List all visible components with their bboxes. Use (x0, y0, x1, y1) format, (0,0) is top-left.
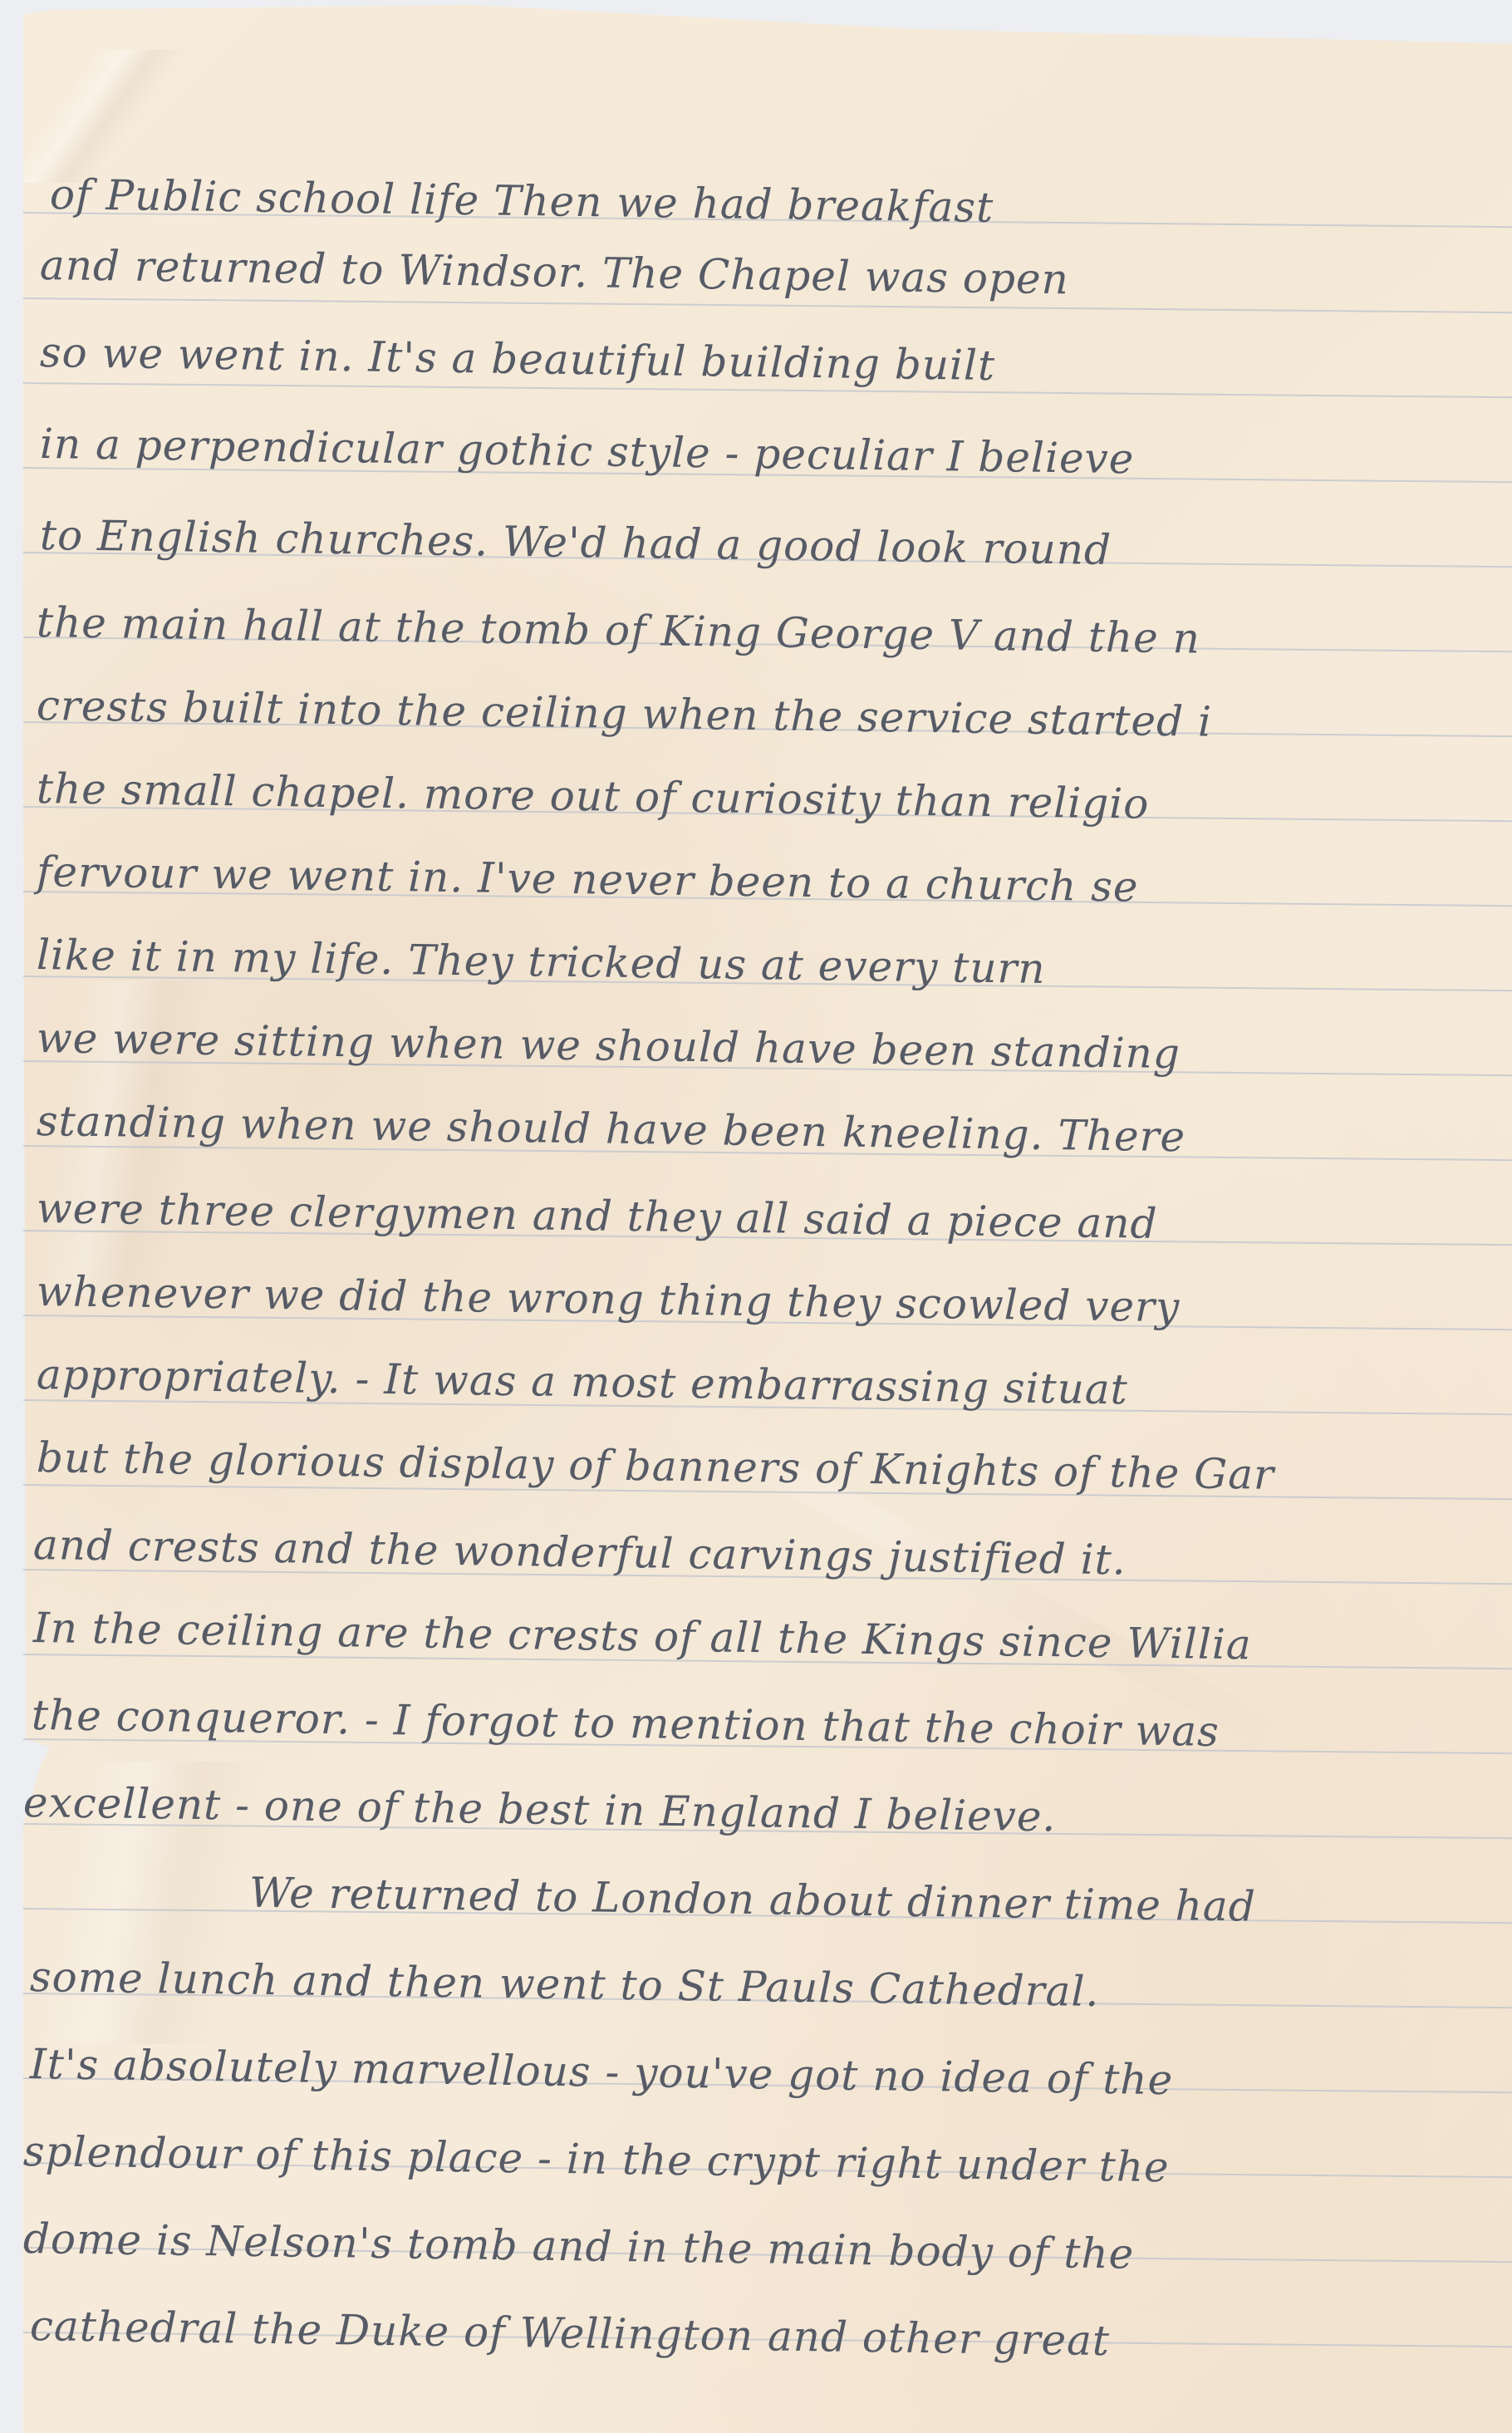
text-line: standing when we should have been kneeli… (37, 1097, 1186, 1161)
text-line: and crests and the wonderful carvings ju… (33, 1521, 1127, 1584)
text-line: so we went in. It's a beautiful building… (40, 328, 996, 390)
text-line: in a perpendicular gothic style - peculi… (40, 420, 1135, 483)
text-line: cathedral the Duke of Wellington and oth… (30, 2302, 1111, 2365)
text-line: the main hall at the tomb of King George… (37, 598, 1201, 663)
text-line: It's absolutely marvellous - you've got … (30, 2040, 1174, 2104)
text-line: were three clergymen and they all said a… (37, 1184, 1158, 1248)
text-line: splendour of this place - in the crypt r… (23, 2127, 1170, 2191)
text-line: we were sitting when we should have been… (37, 1014, 1181, 1078)
scanned-letter-page: of Public school life Then we had breakf… (0, 0, 1512, 2433)
text-line: dome is Nelson's tomb and in the main bo… (23, 2214, 1135, 2278)
text-line: fervour we went in. I've never been to a… (37, 848, 1139, 912)
text-line: but the glorious display of banners of K… (37, 1433, 1275, 1499)
text-line: some lunch and then went to St Pauls Cat… (30, 1953, 1100, 2016)
text-line: crests built into the ceiling when the s… (37, 681, 1213, 746)
text-line: appropriately. - It was a most embarrass… (37, 1350, 1129, 1413)
text-line: the small chapel. more out of curiosity … (37, 764, 1150, 828)
text-line: excellent - one of the best in England I… (23, 1778, 1057, 1841)
text-line: and returned to Windsor. The Chapel was … (40, 241, 1070, 303)
text-line: We returned to London about dinner time … (33, 1865, 1257, 1931)
text-line: of Public school life Then we had breakf… (50, 170, 994, 232)
text-line: like it in my life. They tricked us at e… (37, 931, 1046, 993)
text-line: to English churches. We'd had a good loo… (40, 511, 1112, 574)
text-line: the conqueror. - I forgot to mention tha… (32, 1691, 1220, 1756)
handwritten-text: of Public school life Then we had breakf… (0, 0, 1512, 2433)
text-line: In the ceiling are the crests of all the… (33, 1604, 1252, 1669)
text-line: whenever we did the wrong thing they sco… (37, 1267, 1181, 1331)
